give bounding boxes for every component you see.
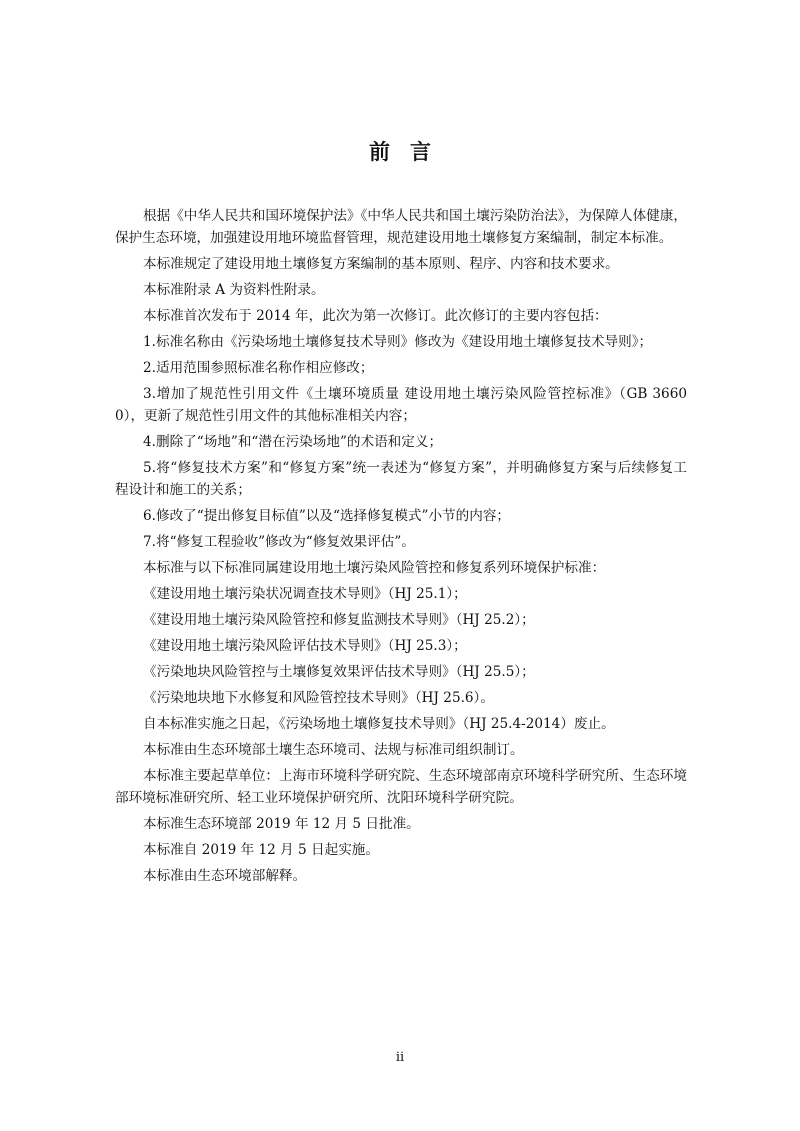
paragraph-organizer: 本标准由生态环境部土壤生态环境司、法规与标准司组织制订。 <box>115 739 687 761</box>
revision-item-6: 6.修改了“提出修复目标值”以及“选择修复模式”小节的内容； <box>115 505 687 527</box>
revision-item-1: 1.标准名称由《污染场地土壤修复技术导则》修改为《建设用地土壤修复技术导则》； <box>115 331 687 353</box>
revision-item-3: 3.增加了规范性引用文件《土壤环境质量 建设用地土壤污染风险管控标准》（GB 3… <box>115 383 687 427</box>
series-standard-hj-25-6: 《污染地块地下水修复和风险管控技术导则》（HJ 25.6）。 <box>115 687 687 709</box>
paragraph-scope: 本标准规定了建设用地土壤修复方案编制的基本原则、程序、内容和技术要求。 <box>115 253 687 275</box>
revision-item-7: 7.将“修复工程验收”修改为“修复效果评估”。 <box>115 531 687 553</box>
revision-item-5: 5.将“修复技术方案”和“修复方案”统一表述为“修复方案”，并明确修复方案与后续… <box>115 457 687 501</box>
paragraph-revision-history: 本标准首次发布于 2014 年，此次为第一次修订。此次修订的主要内容包括： <box>115 305 687 327</box>
page-title: 前言 <box>0 138 800 166</box>
paragraph-appendix: 本标准附录 A 为资料性附录。 <box>115 279 687 301</box>
paragraph-series-intro: 本标准与以下标准同属建设用地土壤污染风险管控和修复系列环境保护标准： <box>115 557 687 579</box>
series-standard-hj-25-2: 《建设用地土壤污染风险管控和修复监测技术导则》（HJ 25.2）； <box>115 609 687 631</box>
paragraph-interpretation: 本标准由生态环境部解释。 <box>115 865 687 887</box>
series-standard-hj-25-5: 《污染地块风险管控与土壤修复效果评估技术导则》（HJ 25.5）； <box>115 661 687 683</box>
paragraph-effective-date: 本标准自 2019 年 12 月 5 日起实施。 <box>115 839 687 861</box>
page-number: ii <box>0 1050 800 1066</box>
revision-item-2: 2.适用范围参照标准名称作相应修改； <box>115 357 687 379</box>
paragraph-abolition: 自本标准实施之日起，《污染场地土壤修复技术导则》（HJ 25.4-2014）废止… <box>115 713 687 735</box>
paragraph-approval-date: 本标准生态环境部 2019 年 12 月 5 日批准。 <box>115 813 687 835</box>
series-standard-hj-25-3: 《建设用地土壤污染风险评估技术导则》（HJ 25.3）； <box>115 635 687 657</box>
document-page: 前言 根据《中华人民共和国环境保护法》《中华人民共和国土壤污染防治法》，为保障人… <box>0 0 800 1131</box>
series-standard-hj-25-1: 《建设用地土壤污染状况调查技术导则》（HJ 25.1）； <box>115 583 687 605</box>
paragraph-drafting-units: 本标准主要起草单位：上海市环境科学研究院、生态环境部南京环境科学研究所、生态环境… <box>115 765 687 809</box>
paragraph-legal-basis: 根据《中华人民共和国环境保护法》《中华人民共和国土壤污染防治法》，为保障人体健康… <box>115 205 687 249</box>
revision-item-4: 4.删除了“场地”和“潜在污染场地”的术语和定义； <box>115 431 687 453</box>
document-body: 根据《中华人民共和国环境保护法》《中华人民共和国土壤污染防治法》，为保障人体健康… <box>115 205 687 891</box>
